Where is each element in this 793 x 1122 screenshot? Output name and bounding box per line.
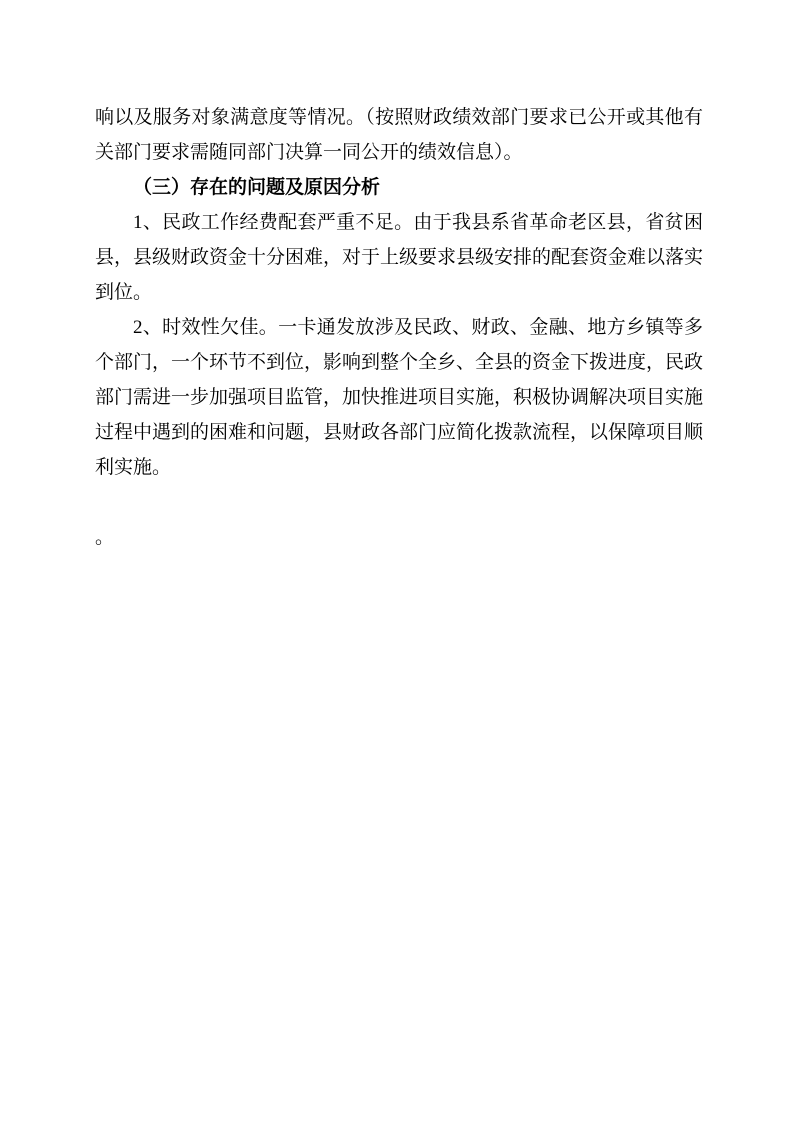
paragraph-performance-disclosure: 响以及服务对象满意度等情况。（按照财政绩效部门要求已公开或其他有关部门要求需随同… <box>95 100 703 170</box>
paragraph-funding-shortage: 1、民政工作经费配套严重不足。由于我县系省革命老区县，省贫困县，县级财政资金十分… <box>95 205 703 310</box>
paragraph-timeliness-issue: 2、时效性欠佳。一卡通发放涉及民政、财政、金融、地方乡镇等多个部门，一个环节不到… <box>95 310 703 485</box>
document-content: 响以及服务对象满意度等情况。（按照财政绩效部门要求已公开或其他有关部门要求需随同… <box>95 100 703 555</box>
paragraph-stray-period: 。 <box>95 520 703 555</box>
document-page: 响以及服务对象满意度等情况。（按照财政绩效部门要求已公开或其他有关部门要求需随同… <box>0 0 793 1122</box>
section-heading-problems-and-cause-analysis: （三）存在的问题及原因分析 <box>95 170 703 205</box>
